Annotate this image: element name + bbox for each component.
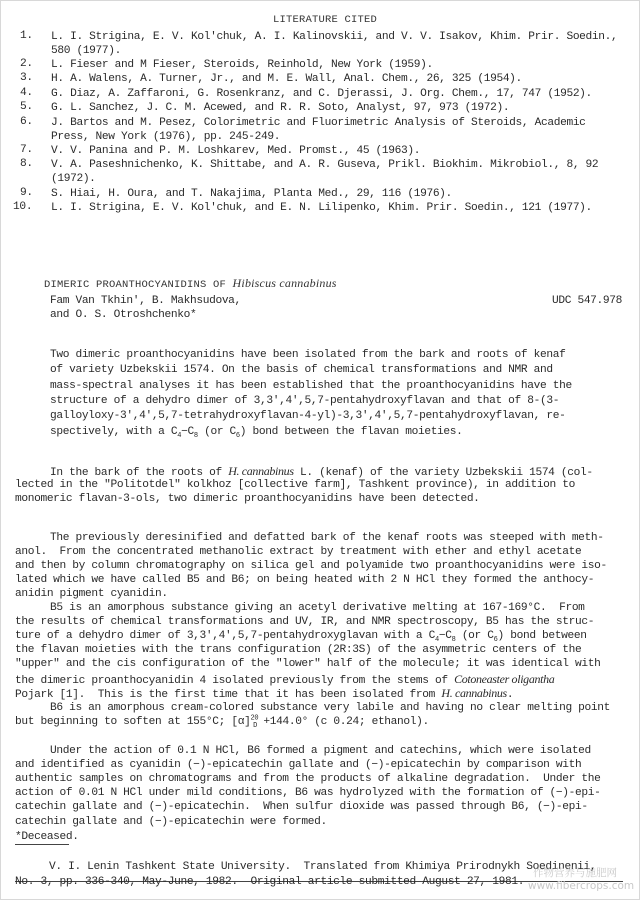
reference-text: L. Fieser and M Fieser, Steroids, Reinho… (51, 58, 433, 72)
reference-text: 580 (1977). (51, 44, 121, 58)
reference-number: 8. (20, 158, 33, 170)
body-line: the results of chemical transformations … (15, 615, 594, 629)
reference-number: 3. (20, 72, 33, 84)
footnote-divider (15, 844, 69, 845)
reference-text: J. Bartos and M. Pesez, Colorimetric and… (51, 116, 586, 130)
watermark-url: www.fibercrops.com (528, 880, 634, 892)
abstract-line: galloyloxy-3',4',5,7-tetrahydroxyflavan-… (50, 409, 565, 423)
literature-cited-heading: LITERATURE CITED (273, 14, 377, 26)
reference-text: L. I. Strigina, E. V. Kol'chuk, A. I. Ka… (51, 30, 617, 44)
reference-number: 10. (13, 201, 32, 213)
abstract-line: Two dimeric proanthocyanidins have been … (50, 348, 565, 362)
reference-number: 6. (20, 116, 33, 128)
reference-number: 9. (20, 187, 33, 199)
authors-line-2: and O. S. Otroshchenko* (50, 308, 196, 322)
affiliation-line: No. 3, pp. 336-340, May-June, 1982. Orig… (15, 875, 524, 889)
reference-text: G. Diaz, A. Zaffaroni, G. Rosenkranz, an… (51, 87, 592, 101)
reference-number: 4. (20, 87, 33, 99)
body-line: anidin pigment cyanidin. (15, 587, 168, 601)
reference-number: 2. (20, 58, 33, 70)
body-line: "upper" and the cis configuration of the… (15, 657, 600, 671)
reference-text: G. L. Sanchez, J. C. M. Acewed, and R. R… (51, 101, 509, 115)
abstract-line: spectively, with a C4−C8 (or C6) bond be… (50, 425, 463, 439)
reference-text: H. A. Walens, A. Turner, Jr., and M. E. … (51, 72, 522, 86)
abstract-line: structure of a dehydro dimer of 3,3',4',… (50, 394, 559, 408)
body-line: B5 is an amorphous substance giving an a… (50, 601, 585, 615)
body-line: authentic samples on chromatograms and f… (15, 772, 600, 786)
body-line: catechin gallate and (−)-epicatechin wer… (15, 815, 327, 829)
reference-text: Press, New York (1976), pp. 245-249. (51, 130, 280, 144)
body-line: but beginning to soften at 155°C; [α]20D… (15, 715, 429, 729)
affiliation-line: V. I. Lenin Tashkent State University. T… (49, 860, 596, 874)
udc-code: UDC 547.978 (552, 294, 622, 308)
body-line: B6 is an amorphous cream-colored substan… (50, 701, 610, 715)
watermark-cn: 作物营养与施肥网 (533, 867, 617, 879)
body-line: Pojark [1]. This is the first time that … (15, 686, 513, 702)
body-line: catechin gallate and (−)-epicatechin. Wh… (15, 800, 588, 814)
reference-number: 1. (20, 30, 33, 42)
body-line: action of 0.01 N HCl under mild conditio… (15, 786, 600, 800)
body-line: the flavan moieties with the trans confi… (15, 643, 581, 657)
reference-text: V. V. Panina and P. M. Loshkarev, Med. P… (51, 144, 420, 158)
body-line: lected in the "Politotdel" kolkhoz [coll… (15, 478, 575, 492)
body-line: anol. From the concentrated methanolic e… (15, 545, 581, 559)
reference-text: (1972). (51, 172, 96, 186)
reference-number: 5. (20, 101, 33, 113)
reference-text: L. I. Strigina, E. V. Kol'chuk, and E. N… (51, 201, 592, 215)
article-title-prefix: DIMERIC PROANTHOCYANIDINS OF (44, 279, 233, 291)
abstract-line: of variety Uzbekskii 1574. On the basis … (50, 363, 553, 377)
body-line: The previously deresinified and defatted… (50, 531, 604, 545)
body-line: monomeric flavan-3-ols, two dimeric proa… (15, 492, 480, 506)
body-line: Under the action of 0.1 N HCl, B6 formed… (50, 744, 591, 758)
abstract-line: mass-spectral analyses it has been estab… (50, 379, 572, 393)
body-line: ture of a dehydro dimer of 3,3',4',5,7-p… (15, 629, 587, 643)
body-line: and identified as cyanidin (−)-epicatech… (15, 758, 581, 772)
authors-line-1: Fam Van Tkhin', B. Makhsudova, (50, 294, 241, 308)
body-line: and then by column chromatography on sil… (15, 559, 607, 573)
reference-text: S. Hiai, H. Oura, and T. Nakajima, Plant… (51, 187, 452, 201)
footnote: *Deceased. (15, 830, 79, 844)
article-title-species: Hibiscus cannabinus (233, 276, 337, 290)
reference-text: V. A. Paseshnichenko, K. Shittabe, and A… (51, 158, 598, 172)
document-page: LITERATURE CITED 1.L. I. Strigina, E. V.… (0, 0, 640, 900)
body-line: lated which we have called B5 and B6; on… (15, 573, 594, 587)
reference-number: 7. (20, 144, 33, 156)
